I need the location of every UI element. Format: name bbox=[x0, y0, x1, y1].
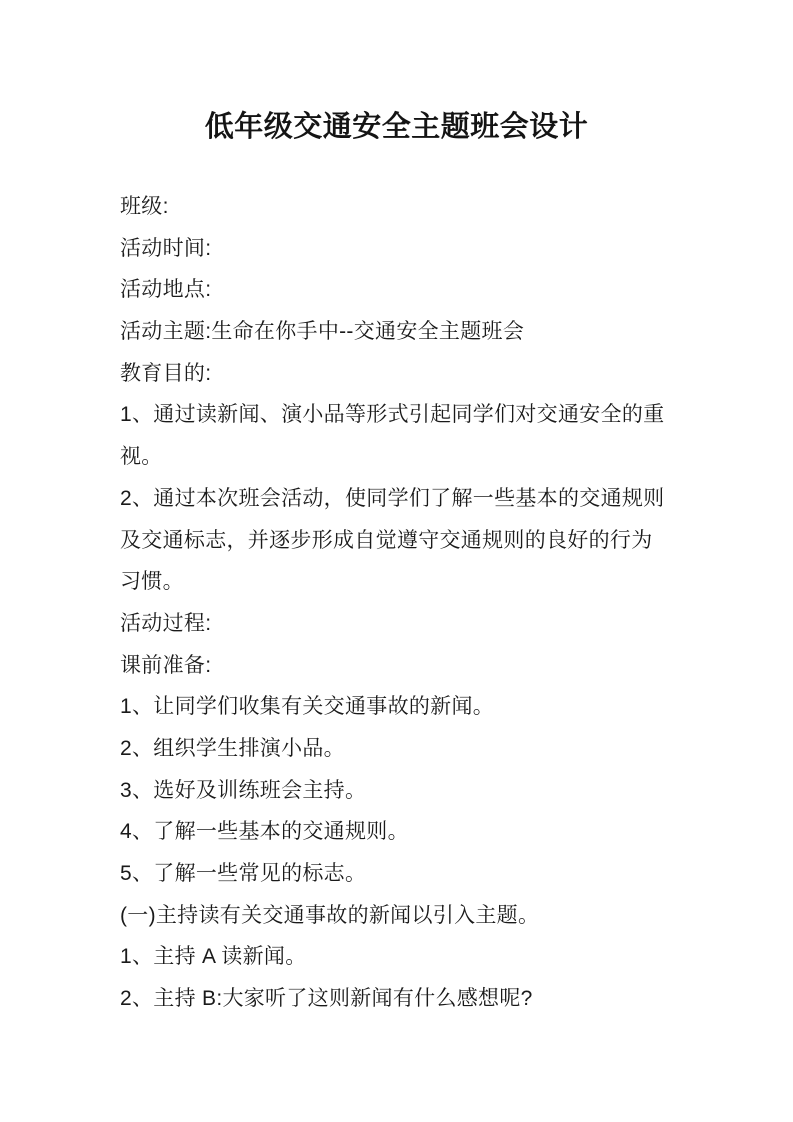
text-line: 班级: bbox=[120, 186, 686, 228]
text-line: 2、组织学生排演小品。 bbox=[120, 728, 686, 770]
text-line: 5、了解一些常见的标志。 bbox=[120, 853, 686, 895]
text-line: 1、主持 A 读新闻。 bbox=[120, 936, 686, 978]
text-line: 1、通过读新闻、演小品等形式引起同学们对交通安全的重 bbox=[120, 394, 686, 436]
text-line: 习惯。 bbox=[120, 561, 686, 603]
text-line: 1、让同学们收集有关交通事故的新闻。 bbox=[120, 686, 686, 728]
document-page: 低年级交通安全主题班会设计 班级:活动时间:活动地点:活动主题:生命在你手中--… bbox=[0, 0, 793, 1122]
text-line: 3、选好及训练班会主持。 bbox=[120, 770, 686, 812]
text-line: 视。 bbox=[120, 436, 686, 478]
document-body: 班级:活动时间:活动地点:活动主题:生命在你手中--交通安全主题班会教育目的:1… bbox=[120, 186, 686, 1020]
text-line: 活动时间: bbox=[120, 228, 686, 270]
text-line: 活动地点: bbox=[120, 269, 686, 311]
text-line: 4、了解一些基本的交通规则。 bbox=[120, 811, 686, 853]
text-line: 2、主持 B:大家听了这则新闻有什么感想呢? bbox=[120, 978, 686, 1020]
text-line: (一)主持读有关交通事故的新闻以引入主题。 bbox=[120, 895, 686, 937]
text-line: 活动过程: bbox=[120, 603, 686, 645]
text-line: 教育目的: bbox=[120, 353, 686, 395]
text-line: 2、通过本次班会活动，使同学们了解一些基本的交通规则 bbox=[120, 478, 686, 520]
text-line: 及交通标志，并逐步形成自觉遵守交通规则的良好的行为 bbox=[120, 520, 686, 562]
text-line: 活动主题:生命在你手中--交通安全主题班会 bbox=[120, 311, 686, 353]
page-title: 低年级交通安全主题班会设计 bbox=[0, 106, 793, 148]
text-line: 课前准备: bbox=[120, 645, 686, 687]
